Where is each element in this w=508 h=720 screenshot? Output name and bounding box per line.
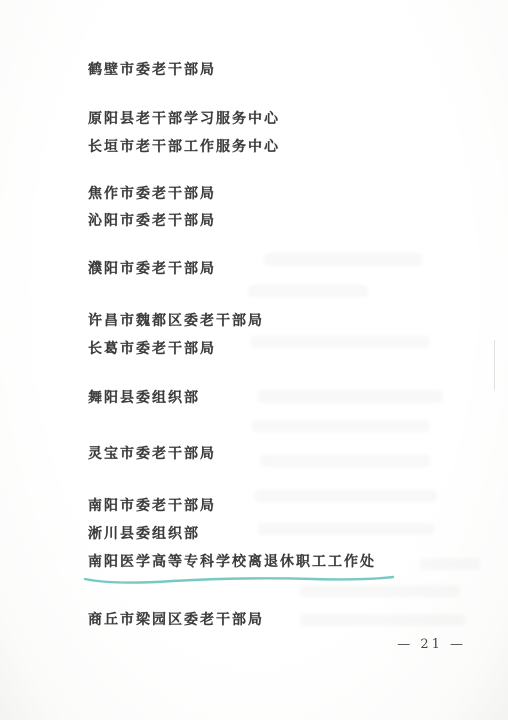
- bleedthrough-smudge: [260, 455, 430, 467]
- org-name-line: 长葛市委老干部局: [88, 340, 216, 358]
- bleedthrough-smudge: [300, 614, 465, 626]
- bleedthrough-smudge: [248, 285, 368, 297]
- org-name-line-highlighted: 南阳医学高等专科学校离退休职工工作处: [88, 553, 376, 571]
- scanned-document-page: 鹤壁市委老干部局 原阳县老干部学习服务中心 长垣市老干部工作服务中心 焦作市委老…: [0, 0, 508, 720]
- org-name-line: 南阳市委老干部局: [88, 497, 216, 515]
- bleedthrough-smudge: [250, 336, 430, 348]
- org-name-line: 许昌市魏都区委老干部局: [88, 312, 264, 330]
- teal-underline-mark: [83, 573, 395, 587]
- org-name-line: 焦作市委老干部局: [88, 185, 216, 203]
- org-name-line: 沁阳市委老干部局: [88, 212, 216, 230]
- org-name-line: 舞阳县委组织部: [88, 389, 200, 407]
- underline-stroke: [85, 577, 393, 583]
- bleedthrough-smudge: [258, 390, 443, 403]
- bleedthrough-smudge: [252, 420, 430, 432]
- org-name-line: 濮阳市委老干部局: [88, 260, 216, 278]
- org-name-line: 灵宝市委老干部局: [88, 445, 216, 463]
- bleedthrough-smudge: [255, 490, 437, 502]
- org-name-line: 商丘市梁园区委老干部局: [88, 611, 264, 629]
- scan-artifact-line: [494, 340, 495, 390]
- bleedthrough-smudge: [264, 253, 422, 266]
- org-name-line: 长垣市老干部工作服务中心: [88, 138, 280, 156]
- bleedthrough-smudge: [258, 523, 434, 535]
- bleedthrough-smudge: [420, 558, 480, 570]
- org-name-line: 鹤壁市委老干部局: [88, 61, 216, 79]
- page-number: — 21 —: [397, 637, 466, 652]
- org-name-line: 淅川县委组织部: [88, 525, 200, 543]
- org-name-line: 原阳县老干部学习服务中心: [88, 110, 280, 128]
